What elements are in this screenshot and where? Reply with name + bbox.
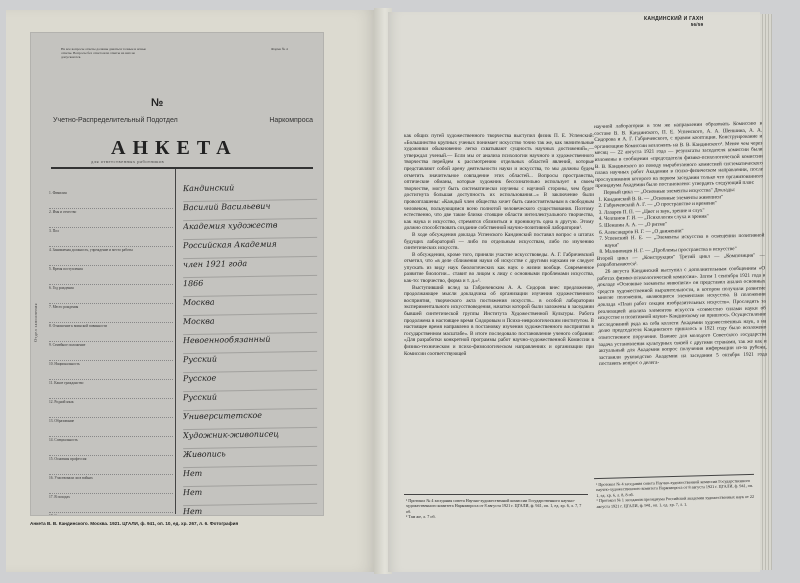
form-answer: Нет: [183, 486, 317, 506]
form-question: 16. Участвовали ли в войнах: [49, 476, 173, 494]
talks-list: Кандинский В. В. — „Основные элементы жи…: [596, 193, 765, 256]
form-question: 5. Время поступления: [49, 267, 173, 285]
form-number-label: Форма № 4: [271, 47, 288, 51]
form-answer: Российская Академия: [183, 239, 317, 259]
form-answer: Университетское: [183, 410, 317, 430]
paragraph: как общих путей художественного творчест…: [404, 133, 594, 232]
form-header-rule: [51, 167, 313, 169]
form-side-label: Отдел заполнения: [33, 303, 38, 342]
form-question: 4. Занимаемая должность, учреждение и ме…: [49, 248, 173, 266]
paragraph: В ходе обсуждения доклада Успенского Кан…: [404, 232, 594, 252]
form-answer: Русский: [183, 391, 317, 411]
form-answer: член 1921 года: [183, 258, 317, 278]
form-question: 2. Имя и отчество: [49, 210, 173, 228]
form-question: 11. Какое гражданство: [49, 381, 173, 399]
footnote: ² Там же, л. 7 об.: [406, 514, 586, 519]
questionnaire-facsimile: На все вопросы ответы должны даваться то…: [30, 32, 324, 516]
form-question: 6. Год рождения: [49, 286, 173, 304]
footnotes-column-2: ¹ Протокол № 4 заседания совета Научно-х…: [596, 478, 757, 509]
form-answer: Живопись: [183, 448, 317, 468]
form-answer: Русский: [183, 353, 317, 373]
form-question: 3. Пол: [49, 229, 173, 247]
running-head: КАНДИНСКИЙ И ГАХН 56/59: [644, 16, 703, 27]
form-answer: Василий Васильевич: [183, 201, 317, 221]
form-answer: Москва: [183, 296, 317, 316]
form-question: 7. Место рождения: [49, 305, 173, 323]
form-question: 13. Образование: [49, 419, 173, 437]
form-number-sign: №: [151, 97, 163, 109]
form-question: 10. Национальность: [49, 362, 173, 380]
form-answer: Невоеннообязанный: [183, 334, 317, 354]
form-title: АНКЕТА: [111, 137, 238, 160]
footnote-rule: [404, 494, 588, 495]
form-question: 17. В походах: [49, 495, 173, 513]
form-answer: Нет: [183, 467, 317, 487]
form-questions: 1. Фамилия 2. Имя и отчество 3. Пол 4. З…: [49, 191, 173, 516]
form-answer: Академия художеств: [183, 220, 317, 240]
form-department-line: Учетно-Распределительный Подотдел Нарком…: [53, 117, 313, 124]
form-column-divider: [175, 169, 176, 514]
form-question: 14. Специальность: [49, 438, 173, 456]
form-question: 8. Отношение к воинской повинности: [49, 324, 173, 342]
form-answer: 1866: [183, 277, 317, 297]
footnotes-column-1: ¹ Протокол № 4 заседания совета Научно-х…: [406, 498, 586, 520]
paragraph: В обсуждении, кроме того, приняли участи…: [404, 252, 594, 285]
form-question: 12. Родной язык: [49, 400, 173, 418]
form-question: 18. С ранениями: [49, 514, 173, 516]
form-answer: Художник-живописец: [183, 429, 317, 449]
form-instruction-note: На все вопросы ответы должны даваться то…: [61, 47, 151, 59]
figure-caption: Анкета В. В. Кандинского. Москва. 1921. …: [30, 521, 270, 527]
paragraph: 26 августа Кандинский выступил с дополни…: [597, 266, 767, 368]
form-answer: Кандинский: [183, 182, 317, 202]
form-question: 9. Семейное положение: [49, 343, 173, 361]
text-column-1: как общих путей художественного творчест…: [404, 133, 594, 357]
form-answer: Нет: [183, 505, 317, 516]
department-left: Учетно-Распределительный Подотдел: [53, 117, 178, 124]
form-question: 1. Фамилия: [49, 191, 173, 209]
form-answer: Москва: [183, 315, 317, 335]
paragraph: Выступивший вслед за Габричевским А. А. …: [404, 285, 594, 358]
text-column-2: научной лаборатории в том же направлении…: [594, 120, 767, 367]
form-question: 15. Основная профессия: [49, 457, 173, 475]
form-subtitle: для ответственных работников: [91, 159, 164, 164]
form-answer: Русское: [183, 372, 317, 392]
page-number: 56/59: [644, 22, 703, 27]
paragraph: научной лаборатории в том же направлении…: [594, 120, 763, 189]
department-right: Наркомпроса: [269, 117, 313, 124]
form-handwritten-answers: Кандинский Василий Васильевич Академия х…: [183, 183, 317, 516]
footnote: ¹ Протокол № 4 заседания совета Научно-х…: [406, 498, 586, 514]
